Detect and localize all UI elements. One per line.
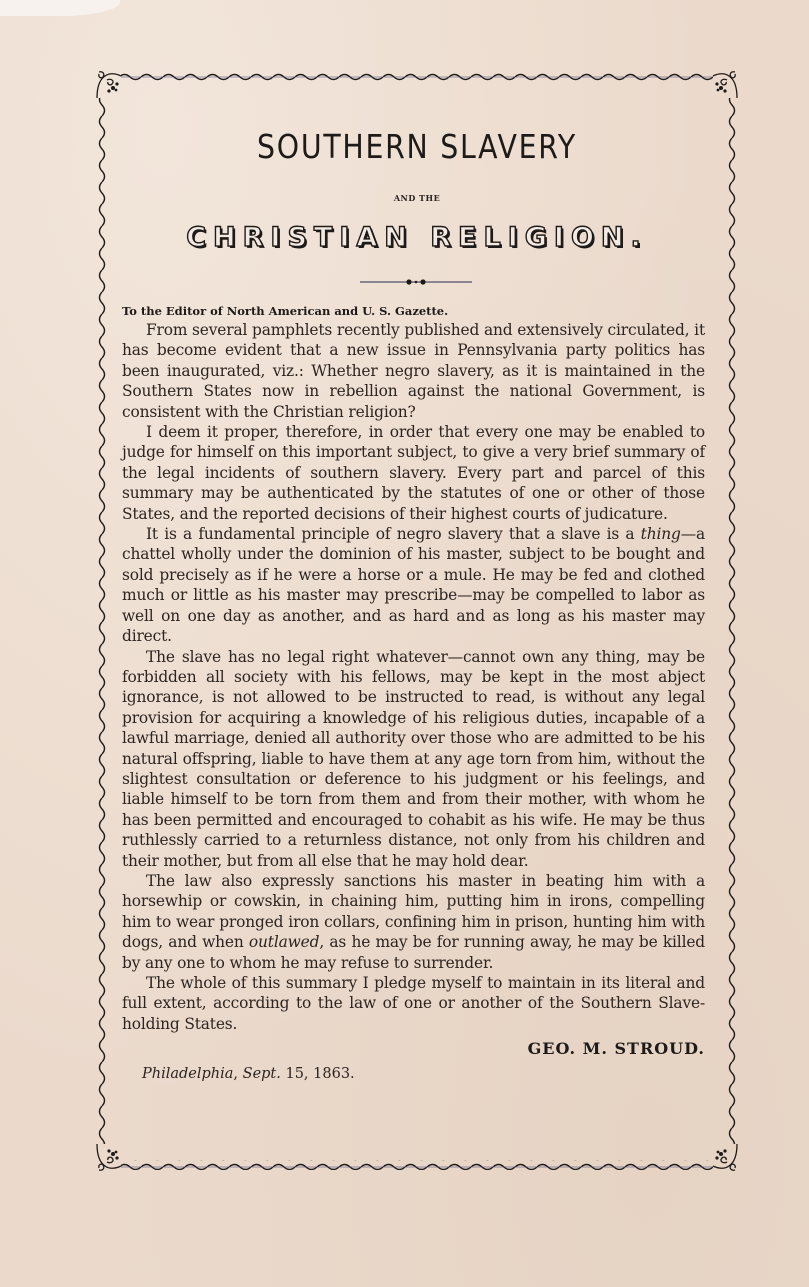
corner-flourish-icon [707,68,741,102]
paragraph-3-rest: —a chattel wholly under the dominion of … [122,525,705,645]
emphasis-outlawed: outlawed [249,933,319,951]
title-christian-religion: CHRISTIAN RELIGION. [97,222,737,253]
salutation: To the Editor of North American and U. S… [122,303,705,319]
paragraph-3-lead: It is a fundamental principle of negro s… [146,525,641,543]
corner-flourish-icon [93,68,127,102]
title-southern-slavery: SOUTHERN SLAVERY [142,127,692,166]
dateline-date: 15, 1863. [285,1066,354,1082]
paragraph-6: The whole of this summary I pledge mysel… [122,973,705,1034]
paragraph-1: From several pamphlets recently publishe… [122,320,705,422]
paragraph-2: I deem it proper, therefore, in order th… [122,422,705,524]
signature: GEO. M. STROUD. [122,1039,705,1059]
dateline-place: Philadelphia [142,1066,233,1082]
corner-flourish-icon [93,1140,127,1174]
dateline: Philadelphia, Sept. 15, 1863. [142,1064,705,1084]
paragraph-5: The law also expressly sanctions his mas… [122,871,705,973]
ornamental-border-frame: SOUTHERN SLAVERY AND THE CHRISTIAN RELIG… [97,72,737,1170]
dateline-month: Sept. [243,1066,281,1082]
letter-body: To the Editor of North American and U. S… [122,303,705,1084]
ornamental-rule-icon [360,277,472,287]
paragraph-3: It is a fundamental principle of negro s… [122,524,705,646]
emphasis-thing: thing [641,525,681,543]
paragraph-4: The slave has no legal right whatever—ca… [122,647,705,871]
title-connector: AND THE [97,193,737,203]
corner-flourish-icon [707,1140,741,1174]
